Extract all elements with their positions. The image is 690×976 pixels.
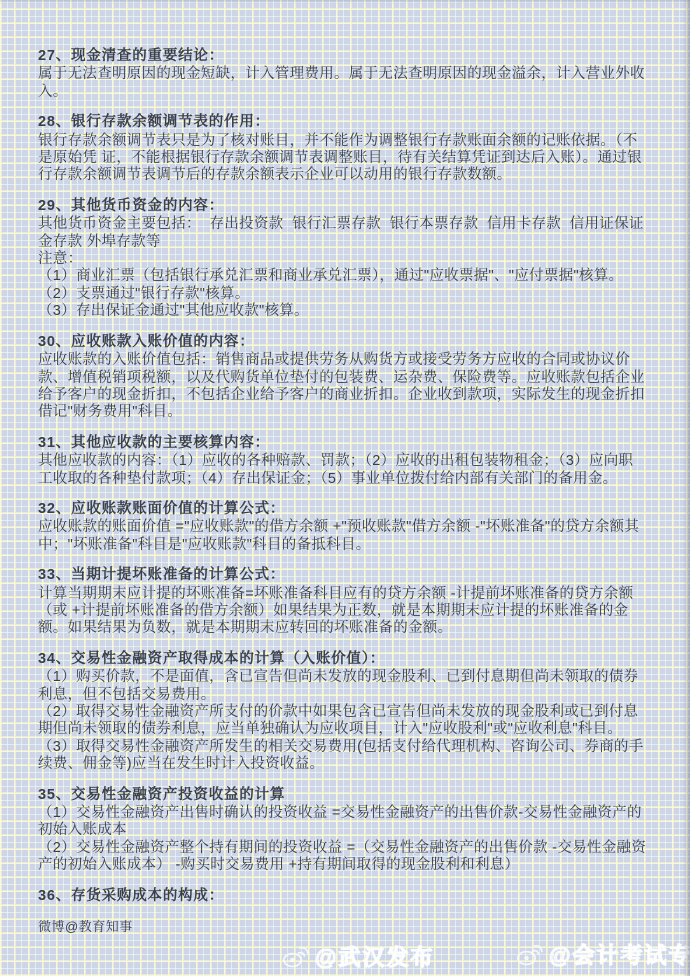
section-paragraph: 银行存款余额调节表只是为了核对账目，并不能作为调整银行存款账面余额的记账依据。（… [38,133,648,185]
section-title: 28、银行存款余额调节表的作用： [38,114,648,131]
section-paragraph: 属于无法查明原因的现金短缺，计入管理费用。属于无法查明原因的现金溢余，计入营业外… [38,66,648,101]
note-section: 32、应收账款账面价值的计算公式： 应收账款的账面价值 ="应收账款"的借方余额… [38,501,648,554]
weibo-icon [516,943,543,966]
note-section: 36、存货采购成本的构成： [38,888,648,905]
section-title: 29、其他货币资金的内容： [38,198,648,215]
section-title: 36、存货采购成本的构成： [38,888,648,905]
watermark-wuhan: @武汉发布 [282,941,434,972]
section-body: 银行存款余额调节表只是为了核对账目，并不能作为调整银行存款账面余额的记账依据。（… [38,133,648,185]
section-title: 31、其他应收款的主要核算内容： [38,435,648,452]
section-body: 属于无法查明原因的现金短缺，计入管理费用。属于无法查明原因的现金溢余，计入营业外… [38,66,648,101]
section-paragraph: （2）支票通过"银行存款"核算。 [38,286,648,303]
section-title: 32、应收账款账面价值的计算公式： [38,501,648,518]
section-paragraph: （2）取得交易性金融资产所支付的价款中如果包含已宣告但尚未发放的现金股利或已到付… [38,704,648,739]
note-section: 30、应收账款入账价值的内容： 应收账款的入账价值包括：销售商品或提供劳务从购货… [38,334,648,422]
watermark-kuaiji: @会计考试专家 [516,939,690,970]
weibo-icon [282,945,309,968]
watermark-text: @武汉发布 [315,941,434,972]
section-body: 应收账款的账面价值 ="应收账款"的借方余额 +"预收账款"借方余额 -"坏账准… [38,519,648,554]
section-title: 34、交易性金融资产取得成本的计算（入账价值）： [38,651,648,668]
section-paragraph: （1）交易性金融资产出售时确认的投资收益 =交易性金融资产的出售价款-交易性金融… [38,805,648,840]
note-section: 31、其他应收款的主要核算内容： 其他应收款的内容：（1）应收的各种赔款、罚款；… [38,435,648,488]
section-paragraph: （3）存出保证金通过"其他应收款"核算。 [38,303,648,320]
note-section: 27、现金清查的重要结论： 属于无法查明原因的现金短缺，计入管理费用。属于无法查… [38,48,648,101]
note-section: 28、银行存款余额调节表的作用： 银行存款余额调节表只是为了核对账目，并不能作为… [38,114,648,185]
note-section: 34、交易性金融资产取得成本的计算（入账价值）： （1）购买价款，不是面值，含已… [38,651,648,774]
note-section: 33、当期计提坏账准备的计算公式： 计算当期期末应计提的坏账准备=坏账准备科目应… [38,567,648,638]
section-paragraph: （1）商业汇票（包括银行承兑汇票和商业承兑汇票），通过"应收票据"、"应付票据"… [38,268,648,285]
section-paragraph: 计算当期期末应计提的坏账准备=坏账准备科目应有的贷方余额 -计提前坏账准备的贷方… [38,586,648,638]
section-body: （1）交易性金融资产出售时确认的投资收益 =交易性金融资产的出售价款-交易性金融… [38,805,648,875]
section-body: 应收账款的入账价值包括：销售商品或提供劳务从购货方或接受劳务方应收的合同或协议价… [38,352,648,422]
notes-page: 27、现金清查的重要结论： 属于无法查明原因的现金短缺，计入管理费用。属于无法查… [0,0,690,976]
section-paragraph: （2）交易性金融资产整个持有期间的投资收益 =（交易性金融资产的出售价款 -交易… [38,840,648,875]
credit-line: 微博@教育知事 [38,918,648,935]
section-paragraph: 其他应收款的内容：（1）应收的各种赔款、罚款；（2）应收的出租包装物租金；（3）… [38,453,648,488]
section-paragraph: 应收账款的账面价值 ="应收账款"的借方余额 +"预收账款"借方余额 -"坏账准… [38,519,648,554]
watermark-text: @会计考试专家 [549,939,690,970]
sections: 27、现金清查的重要结论： 属于无法查明原因的现金短缺，计入管理费用。属于无法查… [38,48,648,905]
section-paragraph: 其他货币资金主要包括： 存出投资款 银行汇票存款 银行本票存款 信用卡存款 信用… [38,216,648,251]
section-title: 35、交易性金融资产投资收益的计算 [38,787,648,804]
section-body: 其他应收款的内容：（1）应收的各种赔款、罚款；（2）应收的出租包装物租金；（3）… [38,453,648,488]
section-body: 计算当期期末应计提的坏账准备=坏账准备科目应有的贷方余额 -计提前坏账准备的贷方… [38,586,648,638]
section-paragraph: 应收账款的入账价值包括：销售商品或提供劳务从购货方或接受劳务方应收的合同或协议价… [38,352,648,422]
note-section: 29、其他货币资金的内容： 其他货币资金主要包括： 存出投资款 银行汇票存款 银… [38,198,648,321]
note-section: 35、交易性金融资产投资收益的计算 （1）交易性金融资产出售时确认的投资收益 =… [38,787,648,875]
section-paragraph: （1）购买价款，不是面值，含已宣告但尚未发放的现金股利、已到付息期但尚未领取的债… [38,669,648,704]
section-title: 33、当期计提坏账准备的计算公式： [38,567,648,584]
notes-content: 27、现金清查的重要结论： 属于无法查明原因的现金短缺，计入管理费用。属于无法查… [0,0,690,935]
section-paragraph: 注意： [38,251,648,268]
section-body: （1）购买价款，不是面值，含已宣告但尚未发放的现金股利、已到付息期但尚未领取的债… [38,669,648,773]
section-body: 其他货币资金主要包括： 存出投资款 银行汇票存款 银行本票存款 信用卡存款 信用… [38,216,648,320]
section-paragraph: （3）取得交易性金融资产所发生的相关交易费用(包括支付给代理机构、咨询公司、券商… [38,739,648,774]
section-title: 30、应收账款入账价值的内容： [38,334,648,351]
section-title: 27、现金清查的重要结论： [38,48,648,65]
